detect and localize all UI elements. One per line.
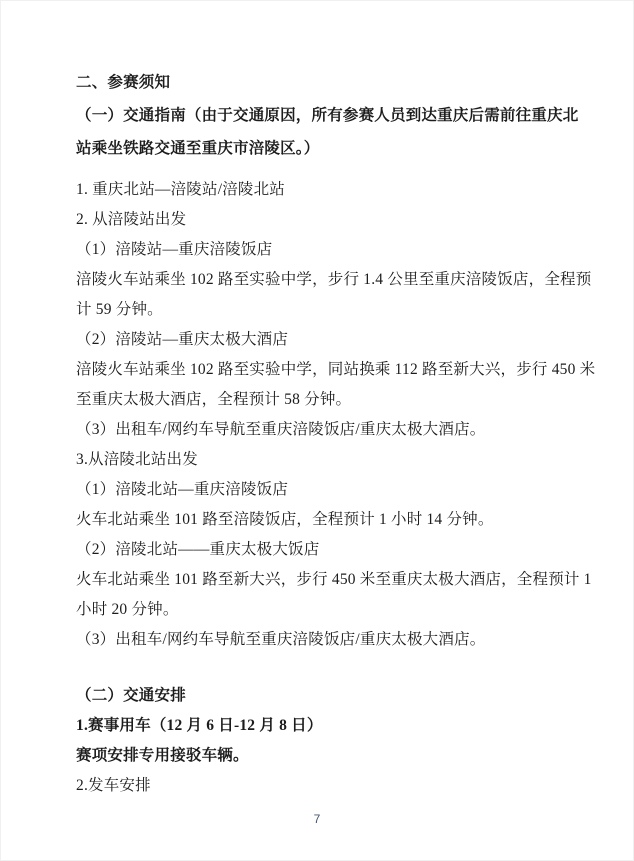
document-line: 小时 20 分钟。 (76, 595, 594, 625)
document-page: 二、参赛须知（一）交通指南（由于交通原因，所有参赛人员到达重庆后需前往重庆北站乘… (0, 0, 634, 861)
document-line: 火车北站乘坐 101 路至涪陵饭店，全程预计 1 小时 14 分钟。 (76, 505, 594, 535)
page-number: 7 (0, 812, 634, 826)
document-line: 赛项安排专用接驳车辆。 (76, 741, 594, 771)
document-line: 涪陵火车站乘坐 102 路至实验中学，同站换乘 112 路至新大兴，步行 450… (76, 355, 594, 385)
document-line: （1）涪陵站—重庆涪陵饭店 (76, 235, 594, 265)
document-line: 涪陵火车站乘坐 102 路至实验中学，步行 1.4 公里至重庆涪陵饭店，全程预 (76, 265, 594, 295)
document-line: 二、参赛须知 (76, 66, 594, 99)
document-line: 2. 从涪陵站出发 (76, 205, 594, 235)
document-line: 3.从涪陵北站出发 (76, 445, 594, 475)
document-line: （2）涪陵站—重庆太极大酒店 (76, 325, 594, 355)
document-line: （3）出租车/网约车导航至重庆涪陵饭店/重庆太极大酒店。 (76, 625, 594, 655)
document-line: （3）出租车/网约车导航至重庆涪陵饭店/重庆太极大酒店。 (76, 415, 594, 445)
document-line: （二）交通安排 (76, 681, 594, 711)
document-line: 1.赛事用车（12 月 6 日-12 月 8 日） (76, 711, 594, 741)
document-line: 至重庆太极大酒店，全程预计 58 分钟。 (76, 385, 594, 415)
document-body: 二、参赛须知（一）交通指南（由于交通原因，所有参赛人员到达重庆后需前往重庆北站乘… (76, 0, 594, 801)
document-line: 2.发车安排 (76, 771, 594, 801)
document-line: 火车北站乘坐 101 路至新大兴，步行 450 米至重庆太极大酒店，全程预计 1 (76, 565, 594, 595)
document-line: 计 59 分钟。 (76, 295, 594, 325)
document-line: 站乘坐铁路交通至重庆市涪陵区。） (76, 132, 594, 165)
document-line: 1. 重庆北站—涪陵站/涪陵北站 (76, 175, 594, 205)
document-line: （一）交通指南（由于交通原因，所有参赛人员到达重庆后需前往重庆北 (76, 99, 594, 132)
document-line: （1）涪陵北站—重庆涪陵饭店 (76, 475, 594, 505)
document-line: （2）涪陵北站——重庆太极大饭店 (76, 535, 594, 565)
